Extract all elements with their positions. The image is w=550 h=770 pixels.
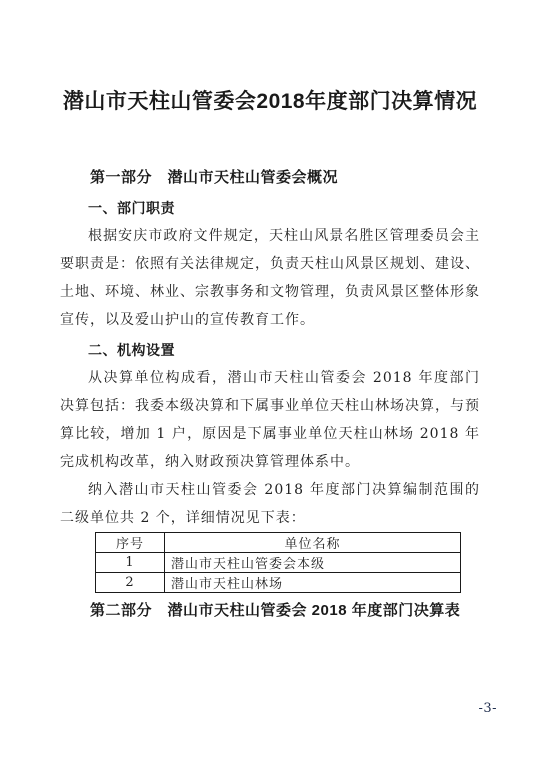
table-row: 2 潜山市天柱山林场	[96, 573, 461, 593]
part1-heading: 第一部分 潜山市天柱山管委会概况	[60, 167, 480, 188]
part2-heading: 第二部分 潜山市天柱山管委会 2018 年度部门决算表	[60, 600, 480, 621]
table-header-unit-name: 单位名称	[165, 533, 461, 553]
section2-paragraph-1: 从决算单位构成看，潜山市天柱山管委会 2018 年度部门决算包括：我委本级决算和…	[60, 364, 480, 476]
page-number: -3-	[478, 701, 497, 716]
row1-unit-name: 潜山市天柱山管委会本级	[165, 553, 461, 573]
table-row: 1 潜山市天柱山管委会本级	[96, 553, 461, 573]
row2-unit-name: 潜山市天柱山林场	[165, 573, 461, 593]
section2-heading: 二、机构设置	[60, 341, 480, 360]
units-table: 序号 单位名称 1 潜山市天柱山管委会本级 2 潜山市天柱山林场	[95, 532, 461, 593]
document-title: 潜山市天柱山管委会2018年度部门决算情况	[60, 88, 480, 116]
section2-paragraph-2: 纳入潜山市天柱山管委会 2018 年度部门决算编制范围的二级单位共 2 个，详细…	[60, 476, 480, 532]
document-page: 潜山市天柱山管委会2018年度部门决算情况 第一部分 潜山市天柱山管委会概况 一…	[0, 0, 550, 770]
section1-paragraph: 根据安庆市政府文件规定，天柱山风景名胜区管理委员会主要职责是：依照有关法律规定，…	[60, 222, 480, 334]
table-header-index: 序号	[96, 533, 165, 553]
section1-heading: 一、部门职责	[60, 199, 480, 218]
row1-index: 1	[96, 553, 165, 573]
row2-index: 2	[96, 573, 165, 593]
table-header-row: 序号 单位名称	[96, 533, 461, 553]
